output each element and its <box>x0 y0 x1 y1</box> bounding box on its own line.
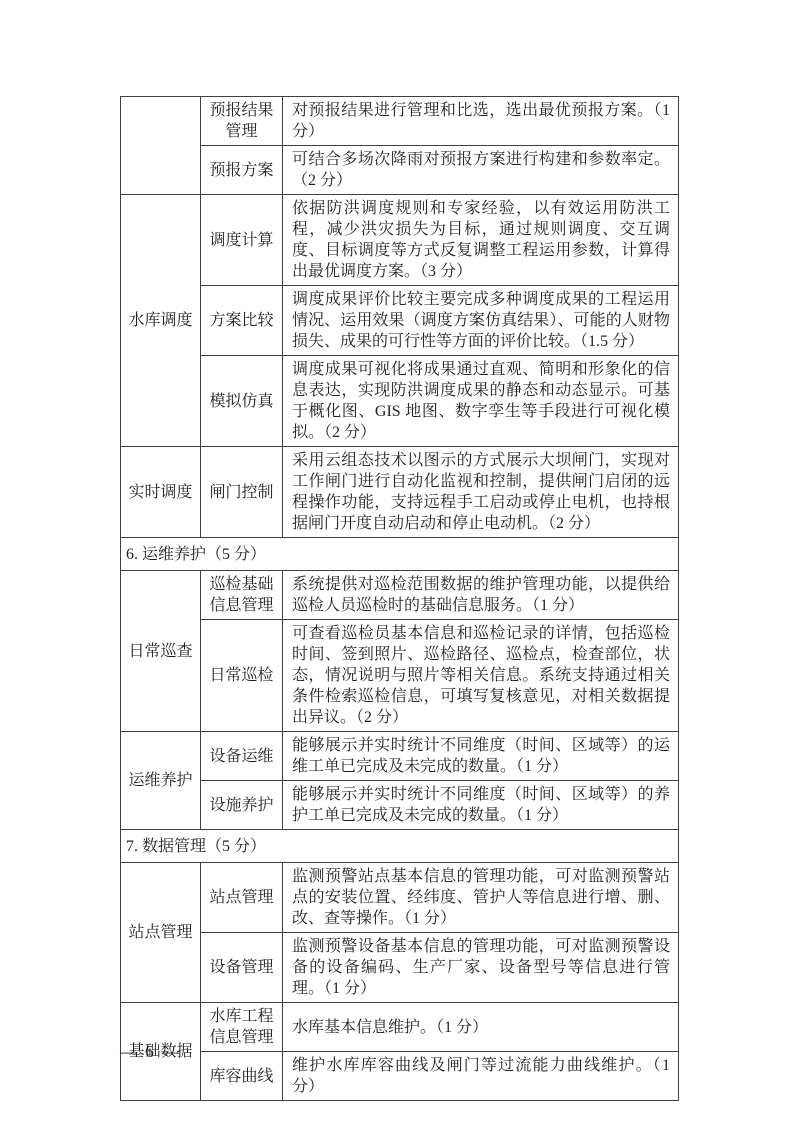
table-row: 日常巡检 可查看巡检员基本信息和巡检记录的详情，包括巡检时间、签到照片、巡检路径… <box>121 620 679 732</box>
scoring-criteria-table: 预报结果管理 对预报结果进行管理和比选，选出最优预报方案。（1 分） 预报方案 … <box>120 96 679 1101</box>
description-cell: 水库基本信息维护。（1 分） <box>283 1003 679 1052</box>
category-cell: 水库调度 <box>121 195 201 447</box>
category-cell: 实时调度 <box>121 447 201 538</box>
description-cell: 可查看巡检员基本信息和巡检记录的详情，包括巡检时间、签到照片、巡检路径、巡检点，… <box>283 620 679 732</box>
table-row: 站点管理 站点管理 监测预警站点基本信息的管理功能，可对监测预警站点的安装位置、… <box>121 863 679 933</box>
category-cell: 日常巡查 <box>121 571 201 732</box>
description-cell: 采用云组态技术以图示的方式展示大坝闸门，实现对工作闸门进行自动化监视和控制，提供… <box>283 447 679 538</box>
table-row: 设备管理 监测预警设备基本信息的管理功能，可对监测预警设备的设备编码、生产厂家、… <box>121 933 679 1003</box>
description-cell: 调度成果可视化将成果通过直观、简明和形象化的信息表达，实现防洪调度成果的静态和动… <box>283 356 679 447</box>
category-cell: 站点管理 <box>121 863 201 1003</box>
table-row: 运维养护 设备运维 能够展示并实时统计不同维度（时间、区域等）的运维工单已完成及… <box>121 732 679 781</box>
feature-cell: 站点管理 <box>201 863 283 933</box>
feature-cell: 日常巡检 <box>201 620 283 732</box>
table-row: 模拟仿真 调度成果可视化将成果通过直观、简明和形象化的信息表达，实现防洪调度成果… <box>121 356 679 447</box>
description-cell: 监测预警站点基本信息的管理功能，可对监测预警站点的安装位置、经纬度、管护人等信息… <box>283 863 679 933</box>
description-cell: 调度成果评价比较主要完成多种调度成果的工程运用情况、运用效果（调度方案仿真结果）… <box>283 286 679 356</box>
document-page: 预报结果管理 对预报结果进行管理和比选，选出最优预报方案。（1 分） 预报方案 … <box>0 0 800 1131</box>
section-header-row: 6. 运维养护（5 分） <box>121 538 679 571</box>
section-header-label: 6. 运维养护（5 分） <box>121 538 679 571</box>
feature-cell: 库容曲线 <box>201 1052 283 1101</box>
table-row: 方案比较 调度成果评价比较主要完成多种调度成果的工程运用情况、运用效果（调度方案… <box>121 286 679 356</box>
category-cell <box>121 97 201 195</box>
description-cell: 依据防洪调度规则和专家经验，以有效运用防洪工程，减少洪灾损失为目标，通过规则调度… <box>283 195 679 286</box>
feature-cell: 巡检基础信息管理 <box>201 571 283 620</box>
description-cell: 监测预警设备基本信息的管理功能，可对监测预警设备的设备编码、生产厂家、设备型号等… <box>283 933 679 1003</box>
section-header-label: 7. 数据管理（5 分） <box>121 830 679 863</box>
feature-cell: 设施养护 <box>201 781 283 830</box>
feature-cell: 方案比较 <box>201 286 283 356</box>
feature-cell: 闸门控制 <box>201 447 283 538</box>
feature-cell: 调度计算 <box>201 195 283 286</box>
table-row: 实时调度 闸门控制 采用云组态技术以图示的方式展示大坝闸门，实现对工作闸门进行自… <box>121 447 679 538</box>
table-row: 库容曲线 维护水库库容曲线及闸门等过流能力曲线维护。（1 分） <box>121 1052 679 1101</box>
section-header-row: 7. 数据管理（5 分） <box>121 830 679 863</box>
table-row: 预报结果管理 对预报结果进行管理和比选，选出最优预报方案。（1 分） <box>121 97 679 146</box>
feature-cell: 模拟仿真 <box>201 356 283 447</box>
table-row: 日常巡查 巡检基础信息管理 系统提供对巡检范围数据的维护管理功能，以提供给巡检人… <box>121 571 679 620</box>
feature-cell: 水库工程信息管理 <box>201 1003 283 1052</box>
feature-cell: 预报方案 <box>201 146 283 195</box>
table-row: 水库调度 调度计算 依据防洪调度规则和专家经验，以有效运用防洪工程，减少洪灾损失… <box>121 195 679 286</box>
feature-cell: 设备运维 <box>201 732 283 781</box>
page-number: — 6 — <box>120 1042 181 1062</box>
description-cell: 维护水库库容曲线及闸门等过流能力曲线维护。（1 分） <box>283 1052 679 1101</box>
description-cell: 对预报结果进行管理和比选，选出最优预报方案。（1 分） <box>283 97 679 146</box>
description-cell: 系统提供对巡检范围数据的维护管理功能，以提供给巡检人员巡检时的基础信息服务。（1… <box>283 571 679 620</box>
description-cell: 能够展示并实时统计不同维度（时间、区域等）的运维工单已完成及未完成的数量。（1 … <box>283 732 679 781</box>
feature-cell: 预报结果管理 <box>201 97 283 146</box>
feature-cell: 设备管理 <box>201 933 283 1003</box>
category-cell: 运维养护 <box>121 732 201 830</box>
description-cell: 可结合多场次降雨对预报方案进行构建和参数率定。（2 分） <box>283 146 679 195</box>
description-cell: 能够展示并实时统计不同维度（时间、区域等）的养护工单已完成及未完成的数量。（1 … <box>283 781 679 830</box>
table-row: 基础数据 水库工程信息管理 水库基本信息维护。（1 分） <box>121 1003 679 1052</box>
table-row: 设施养护 能够展示并实时统计不同维度（时间、区域等）的养护工单已完成及未完成的数… <box>121 781 679 830</box>
table-row: 预报方案 可结合多场次降雨对预报方案进行构建和参数率定。（2 分） <box>121 146 679 195</box>
